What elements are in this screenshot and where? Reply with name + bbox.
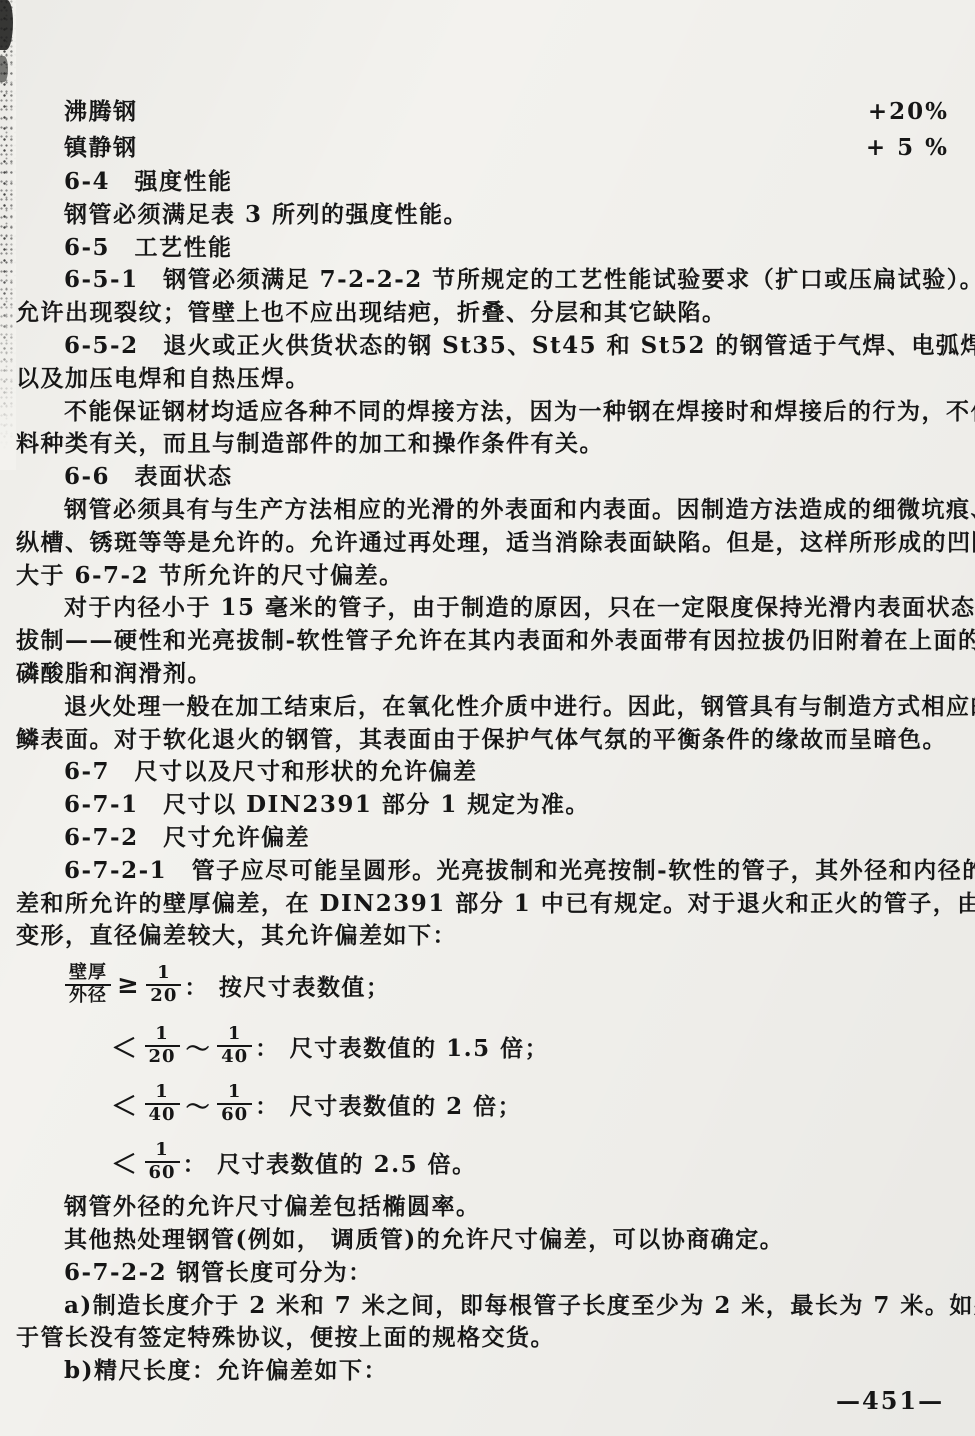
paragraph-6-5-2: 6-5-2 退火或正火供货状态的钢 St35、St45 和 St52 的钢管适于…	[0, 330, 975, 363]
fraction-numerator: 1	[151, 1024, 173, 1045]
text-line: 不能保证钢材均适应各种不同的焊接方法，因为一种钢在焊接时和焊接后的行为，不仅与材	[0, 396, 975, 429]
tolerance-value: + 5 %	[866, 130, 949, 166]
list-item-a: a)制造长度介于 2 米和 7 米之间，即每根管子长度至少为 2 米，最长为 7…	[0, 1290, 975, 1323]
text-line: 料种类有关，而且与制造部件的加工和操作条件有关。	[0, 428, 975, 461]
fraction-denominator: 20	[146, 984, 181, 1007]
text-line: 鳞表面。对于软化退火的钢管，其表面由于保护气体气氛的平衡条件的缘故而呈暗色。	[0, 724, 975, 757]
fraction-1-60: 1 60	[217, 1082, 252, 1125]
text-line: 变形，直径偏差较大，其允许偏差如下：	[0, 920, 975, 953]
document-body: 沸腾钢 +20% 镇静钢 + 5 % 6-4 强度性能 钢管必须满足表 3 所列…	[0, 94, 975, 1388]
text-line: 钢管必须满足表 3 所列的强度性能。	[0, 199, 975, 232]
fraction-1-20: 1 20	[146, 963, 181, 1006]
text-line: 其他热处理钢管(例如， 调质管)的允许尺寸偏差，可以协商确定。	[0, 1224, 975, 1257]
section-heading-6-7-2-2: 6-7-2-2 钢管长度可分为：	[0, 1257, 975, 1290]
fraction-wall-od: 壁厚 外径	[65, 963, 111, 1006]
fraction-numerator: 1	[151, 1140, 173, 1161]
formula-wall-thickness-ratio: 壁厚 外径 ≥ 1 20 ： 按尺寸表数值；	[0, 953, 975, 1017]
steel-grade-row-killed: 镇静钢 + 5 %	[0, 130, 975, 166]
fraction-1-60: 1 60	[145, 1140, 180, 1183]
formula-range-1-20-1-40: ＜ 1 20 ～ 1 40 ： 尺寸表数值的 1.5 倍；	[0, 1017, 975, 1075]
fraction-numerator: 1	[224, 1024, 246, 1045]
tilde-symbol: ～	[186, 1087, 212, 1122]
fraction-1-20: 1 20	[145, 1024, 180, 1067]
fraction-denominator: 60	[217, 1103, 252, 1126]
text-line: 钢管必须具有与生产方法相应的光滑的外表面和内表面。因制造方法造成的细微坑痕、气孔…	[0, 494, 975, 527]
formula-range-1-40-1-60: ＜ 1 40 ～ 1 60 ： 尺寸表数值的 2 倍；	[0, 1075, 975, 1133]
fraction-1-40: 1 40	[217, 1024, 252, 1067]
fraction-denominator: 40	[217, 1045, 252, 1068]
less-than-symbol: ＜	[111, 1086, 139, 1123]
tolerance-value: +20%	[868, 94, 949, 130]
text-line: 磷酸脂和润滑剂。	[0, 658, 975, 691]
section-heading-6-5: 6-5 工艺性能	[0, 232, 975, 265]
steel-grade-label: 沸腾钢	[64, 94, 138, 130]
section-heading-6-6: 6-6 表面状态	[0, 461, 975, 494]
colon: ：	[255, 1088, 280, 1121]
less-than-symbol: ＜	[111, 1144, 139, 1181]
text-line: 以及加压电焊和自热压焊。	[0, 363, 975, 396]
text-line: 纵槽、锈斑等等是允许的。允许通过再处理，适当消除表面缺陷。但是，这样所形成的凹陷…	[0, 527, 975, 560]
steel-grade-label: 镇静钢	[64, 130, 138, 166]
colon: ：	[184, 969, 209, 1002]
fraction-numerator: 1	[151, 1082, 173, 1103]
formula-result-text: 按尺寸表数值；	[219, 969, 391, 1002]
section-heading-6-7-1: 6-7-1 尺寸以 DIN2391 部分 1 规定为准。	[0, 789, 975, 822]
fraction-numerator: 1	[153, 963, 175, 984]
tilde-symbol: ～	[186, 1029, 212, 1064]
fraction-numerator: 1	[224, 1082, 246, 1103]
page-number: —451—	[836, 1386, 944, 1415]
text-line: 大于 6-7-2 节所允许的尺寸偏差。	[0, 560, 975, 593]
text-line: 于管长没有签定特殊协议，便按上面的规格交货。	[0, 1322, 975, 1355]
formula-below-1-60: ＜ 1 60 ： 尺寸表数值的 2.5 倍。	[0, 1133, 975, 1191]
fraction-denominator: 20	[145, 1045, 180, 1068]
text-line: 差和所允许的壁厚偏差，在 DIN2391 部分 1 中已有规定。对于退火和正火的…	[0, 888, 975, 921]
fraction-1-40: 1 40	[145, 1082, 180, 1125]
paragraph-6-5-1: 6-5-1 钢管必须满足 7-2-2-2 节所规定的工艺性能试验要求（扩口或压扁…	[0, 264, 975, 297]
colon: ：	[255, 1030, 280, 1063]
section-heading-6-7-2: 6-7-2 尺寸允许偏差	[0, 822, 975, 855]
scan-edge-blotch	[0, 56, 8, 82]
text-line: 允许出现裂纹；管壁上也不应出现结疤，折叠、分层和其它缺陷。	[0, 297, 975, 330]
section-heading-6-7: 6-7 尺寸以及尺寸和形状的允许偏差	[0, 756, 975, 789]
fraction-numerator: 壁厚	[65, 963, 111, 984]
text-line: 退火处理一般在加工结束后，在氧化性介质中进行。因此，钢管具有与制造方式相应的无铁	[0, 691, 975, 724]
text-line: 拔制——硬性和光亮拔制-软性管子允许在其内表面和外表面带有因拉拔仍旧附着在上面的…	[0, 625, 975, 658]
section-heading-6-4: 6-4 强度性能	[0, 166, 975, 199]
scanned-document-page: 沸腾钢 +20% 镇静钢 + 5 % 6-4 强度性能 钢管必须满足表 3 所列…	[0, 0, 975, 1436]
paragraph-6-7-2-1: 6-7-2-1 管子应尽可能呈圆形。光亮拔制和光亮按制-软性的管子，其外径和内径…	[0, 855, 975, 888]
less-than-symbol: ＜	[111, 1028, 139, 1065]
formula-result-text: 尺寸表数值的 2 倍；	[290, 1088, 523, 1121]
fraction-denominator: 60	[145, 1161, 180, 1184]
fraction-denominator: 40	[145, 1103, 180, 1126]
text-line: 对于内径小于 15 毫米的管子，由于制造的原因，只在一定限度保持光滑内表面状态，…	[0, 592, 975, 625]
fraction-denominator: 外径	[65, 984, 111, 1007]
steel-grade-row-boiling: 沸腾钢 +20%	[0, 94, 975, 130]
greater-equal-symbol: ≥	[117, 970, 140, 1000]
list-item-b: b)精尺长度：允许偏差如下：	[0, 1355, 975, 1388]
formula-result-text: 尺寸表数值的 2.5 倍。	[217, 1146, 477, 1179]
colon: ：	[183, 1146, 208, 1179]
text-line: 钢管外径的允许尺寸偏差包括椭圆率。	[0, 1191, 975, 1224]
formula-result-text: 尺寸表数值的 1.5 倍；	[290, 1030, 550, 1063]
